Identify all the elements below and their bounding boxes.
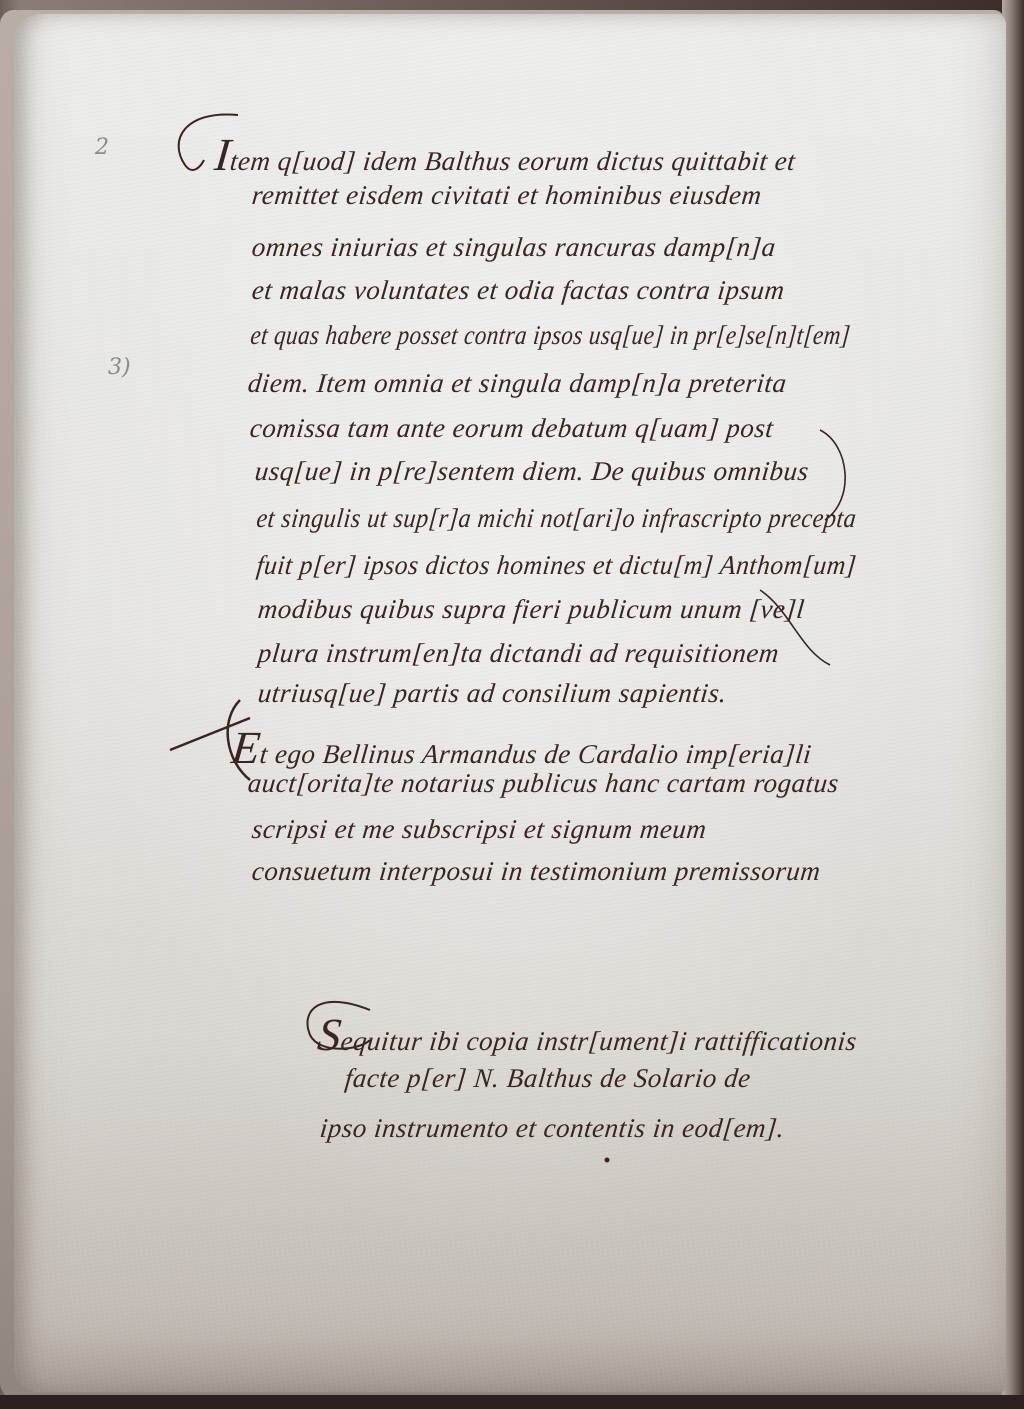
text-line: utriusq[ue] partis ad consilium sapienti… (257, 680, 729, 707)
text-line: usq[ue] in p[re]sentem diem. De quibus o… (254, 458, 811, 485)
text-line: scripsi et me subscripsi et signum meum (251, 816, 708, 843)
text-line: diem. Item omnia et singula damp[n]a pre… (247, 370, 789, 397)
text-line: omnes iniurias et singulas rancuras damp… (251, 234, 778, 261)
text-line: plura instrum[en]ta dictandi ad requisit… (257, 640, 781, 667)
text-line: comissa tam ante eorum debatum q[uam] po… (249, 415, 775, 442)
text-line: fuit p[er] ipsos dictos homines et dictu… (255, 552, 858, 579)
text-line: Item q[uod] idem Balthus eorum dictus qu… (213, 132, 799, 178)
text-line: Et ego Bellinus Armandus de Cardalio imp… (230, 725, 815, 771)
text-line: consuetum interposui in testimonium prem… (251, 858, 822, 885)
text-line: et quas habere posset contra ipsos usq[u… (249, 322, 852, 349)
text-line: auct[orita]te notarius publicus hanc car… (247, 770, 841, 797)
margin-note-number: 3) (108, 355, 131, 380)
manuscript-photo: 2 3) Item q[uod] idem Balthus eorum dict… (0, 0, 1024, 1409)
margin-note-number: 2 (95, 135, 109, 160)
text-line: facte p[er] N. Balthus de Solario de (344, 1065, 753, 1092)
text-line: et singulis ut sup[r]a michi not[ari]o i… (255, 505, 858, 532)
text-line: remittet eisdem civitati et hominibus ei… (251, 182, 763, 209)
bottom-shadow (0, 1395, 1024, 1409)
text-line: modibus quibus supra fieri publicum unum… (257, 596, 806, 623)
text-line: ipso instrumento et contentis in eod[em]… (319, 1115, 786, 1142)
text-line: Sequitur ibi copia instr[ument]i rattiff… (316, 1012, 860, 1058)
text-line: et malas voluntates et odia factas contr… (251, 277, 787, 304)
